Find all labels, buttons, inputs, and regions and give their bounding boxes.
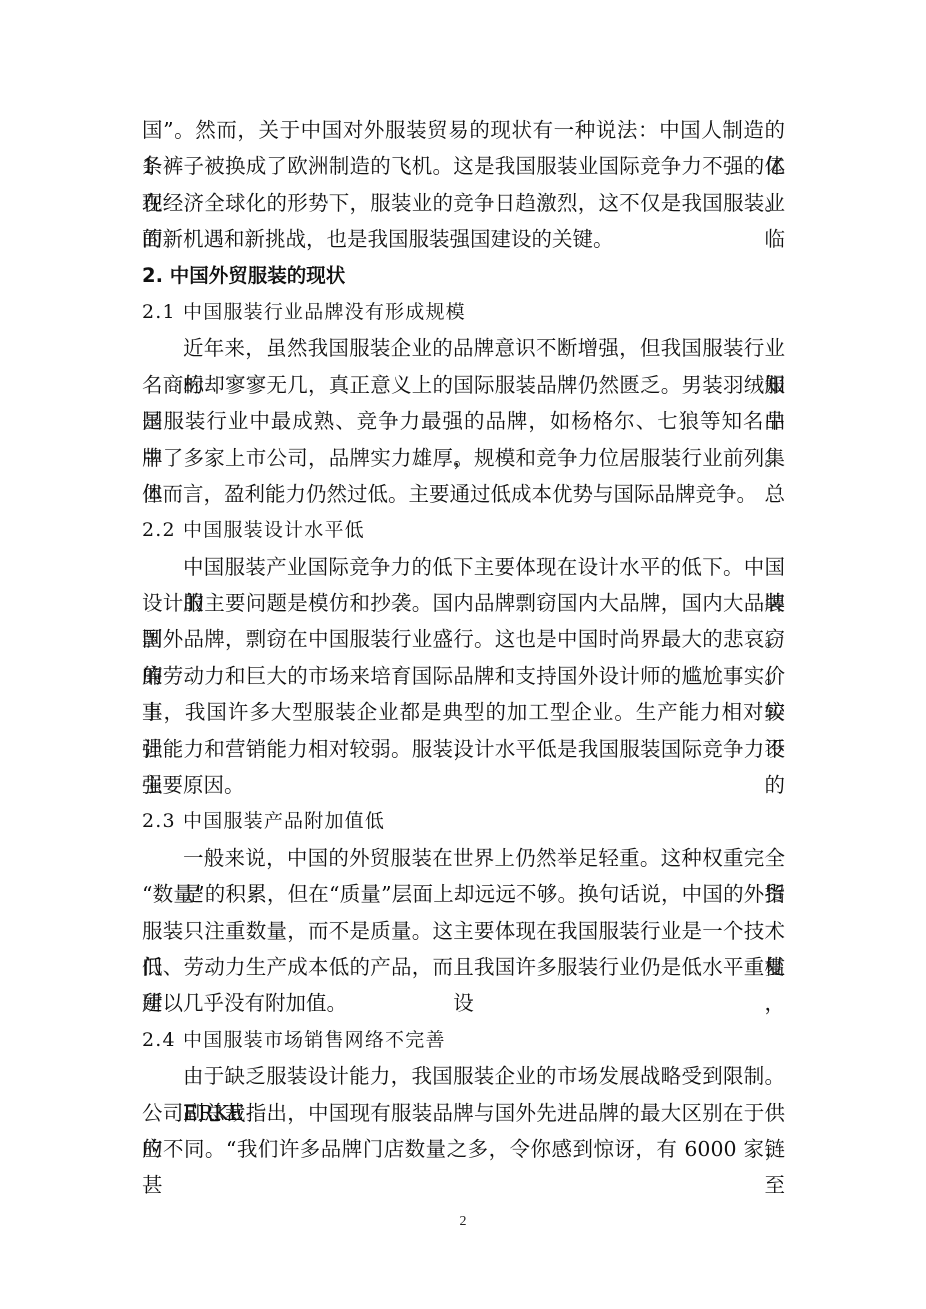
page-number: 2 xyxy=(0,1214,926,1230)
paragraph-line: “数量”的积累，但在“质量”层面上却远远不够。换句话说，中国的外贸 xyxy=(142,876,785,912)
subsection-heading: 2.1 中国服装行业品牌没有形成规模 xyxy=(142,294,785,330)
paragraph-line: 由于缺乏服装设计能力，我国服装企业的市场发展战略受到限制。ERKE xyxy=(142,1058,785,1094)
subsection-heading: 2.2 中国服装设计水平低 xyxy=(142,512,785,548)
paragraph-line: 中了多家上市公司，品牌实力雄厚，规模和竞争力位居服装行业前列。但总 xyxy=(142,440,785,476)
paragraph-line: 体而言，盈利能力仍然过低。主要通过低成本优势与国际品牌竞争。 xyxy=(142,476,785,512)
section-heading: 2. 中国外贸服装的现状 xyxy=(142,258,785,294)
paragraph-line: 设计的主要问题是模仿和抄袭。国内品牌剽窃国内大品牌，国内大品牌剽窃 xyxy=(142,585,785,621)
paragraph-line: 名商标却寥寥无几，真正意义上的国际服装品牌仍然匮乏。男装羽绒服是中 xyxy=(142,367,785,403)
document-page: 国”。然而，关于中国对外服装贸易的现状有一种说法：中国人制造的 1 亿 条裤子被… xyxy=(0,0,926,1309)
paragraph-line: 一般来说，中国的外贸服装在世界上仍然举足轻重。这种权重完全是指 xyxy=(142,840,785,876)
paragraph-line: 在经济全球化的形势下，服装业的竞争日趋激烈，这不仅是我国服装业面临 xyxy=(142,185,785,221)
paragraph-line: 的劳动力和巨大的市场来培育国际品牌和支持国外设计师的尴尬事实。事实 xyxy=(142,658,785,694)
subsection-heading: 2.3 中国服装产品附加值低 xyxy=(142,803,785,839)
paragraph-line: 近年来，虽然我国服装企业的品牌意识不断增强，但我国服装行业的知 xyxy=(142,330,785,366)
paragraph-line: 条裤子被换成了欧洲制造的飞机。这是我国服装业国际竞争力不强的体现。 xyxy=(142,148,785,184)
paragraph-line: 的不同。“我们许多品牌门店数量之多，令你感到惊讶，有 6000 家，甚至 xyxy=(142,1131,785,1167)
paragraph-line: 上，我国许多大型服装企业都是典型的加工型企业。生产能力相对较强，设 xyxy=(142,694,785,730)
paragraph-line: 服装只注重数量，而不是质量。这主要体现在我国服装行业是一个技术门槛 xyxy=(142,913,785,949)
paragraph-line: 国服装行业中最成熟、竞争力最强的品牌，如杨格尔、七狼等知名品牌。集 xyxy=(142,403,785,439)
paragraph-line: 公司副总裁指出，中国现有服装品牌与国外先进品牌的最大区别在于供应链 xyxy=(142,1095,785,1131)
paragraph-line: 国”。然而，关于中国对外服装贸易的现状有一种说法：中国人制造的 1 亿 xyxy=(142,112,785,148)
paragraph-line: 中国服装产业国际竞争力的低下主要体现在设计水平的低下。中国服装 xyxy=(142,549,785,585)
paragraph-line: 计能力和营销能力相对较弱。服装设计水平低是我国服装国际竞争力不强的 xyxy=(142,731,785,767)
subsection-heading: 2.4 中国服装市场销售网络不完善 xyxy=(142,1022,785,1058)
paragraph-line: 国外品牌，剽窃在中国服装行业盛行。这也是中国时尚界最大的悲哀。廉价 xyxy=(142,621,785,657)
paragraph-line: 低、劳动力生产成本低的产品，而且我国许多服装行业仍是低水平重复建设， xyxy=(142,949,785,985)
document-body: 国”。然而，关于中国对外服装贸易的现状有一种说法：中国人制造的 1 亿 条裤子被… xyxy=(142,112,785,1167)
